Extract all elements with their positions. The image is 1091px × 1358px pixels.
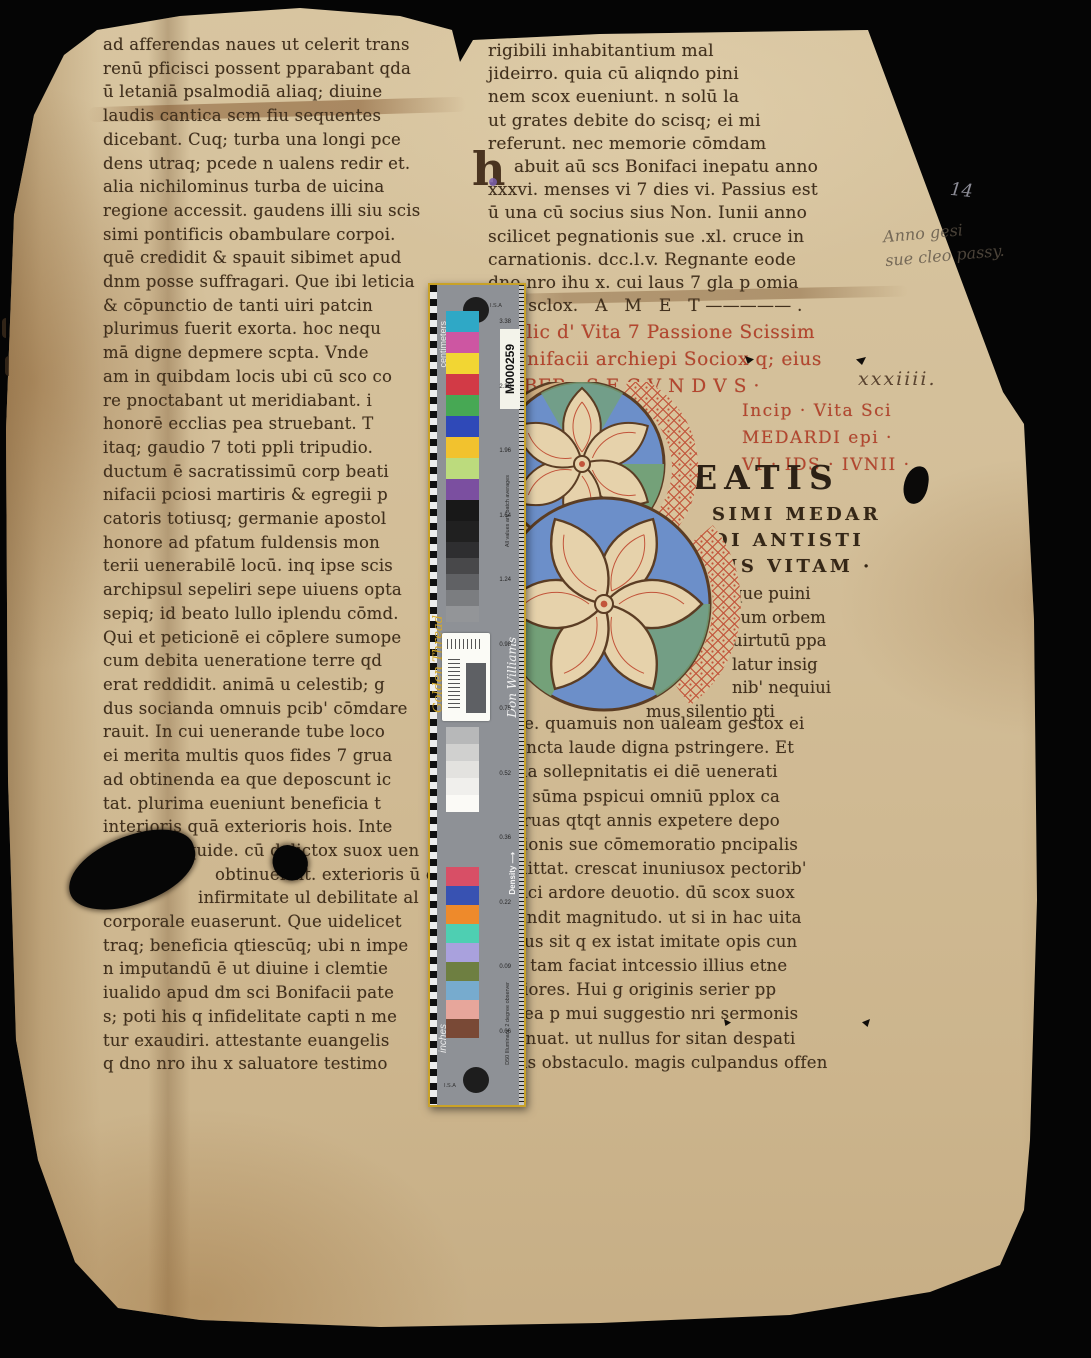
text-line: latur insig xyxy=(732,653,922,677)
text-line: sum orbem xyxy=(732,606,922,630)
color-patch xyxy=(446,778,479,795)
text-line: traq; beneficia qtiescūq; ubi n impe xyxy=(103,934,475,958)
text-line: renū pficisci possent pparabant qda xyxy=(103,57,475,81)
facing-page-fragment xyxy=(5,356,18,376)
text-line: 0.22 xyxy=(499,900,511,906)
color-patch xyxy=(446,1019,479,1038)
right-text-column-top: rigibili inhabitantium maljideirro. quia… xyxy=(488,40,918,318)
text-line: q dno nro ihu x saluatore testimo xyxy=(103,1052,475,1076)
color-patch xyxy=(446,905,479,924)
initial-h: h xyxy=(472,146,505,192)
text-line: cuncta laude digna pstringere. Et xyxy=(506,736,926,760)
text-line: carnationis. dcc.l.v. Regnante eode xyxy=(488,249,918,272)
text-line: que puini xyxy=(732,582,922,606)
text-line: honore ad pfatum fuldensis mon xyxy=(103,531,475,555)
text-line: referunt. nec memorie cōmdam xyxy=(488,133,918,156)
color-patch xyxy=(446,542,479,558)
color-patch xyxy=(446,1000,479,1019)
text-line: ū letaniā psalmodiā aliaq; diuine xyxy=(103,80,475,104)
text-line: quē credidit & spauit sibimet apud xyxy=(103,246,475,270)
color-patch xyxy=(446,437,479,458)
text-line: ei merita multis quos fides 7 grua xyxy=(103,744,475,768)
color-patch xyxy=(446,521,479,542)
text-line: ū una cū socius sius Non. Iunii anno xyxy=(488,202,918,225)
color-patch xyxy=(446,924,479,943)
color-patch xyxy=(446,795,479,812)
text-line: 3.38 xyxy=(499,319,511,325)
color-patch xyxy=(446,761,479,778)
text-line: 0.52 xyxy=(499,771,511,777)
text-line: 2.38 xyxy=(499,384,511,390)
quire-numeral: xxxiiii. xyxy=(858,368,937,390)
color-patch xyxy=(446,374,479,395)
text-line: terii uenerabilē locū. inq ipse scis xyxy=(103,554,475,578)
text-line: ductum ē sacratissimū corp beati xyxy=(103,460,475,484)
text-line: arus sit q ex istat imitate opis cun xyxy=(506,930,926,954)
text-line: 1.24 xyxy=(499,577,511,583)
text-line: 0.98 xyxy=(499,642,511,648)
color-patch xyxy=(446,458,479,479)
color-patch xyxy=(446,416,479,437)
text-line: ad obtinenda ea que deposcunt ic xyxy=(103,768,475,792)
text-line: corporale euaserunt. Que uidelicet xyxy=(103,910,475,934)
text-line: scilicet pegnationis sue .xl. cruce in xyxy=(488,226,918,249)
text-line: os tam faciat intcessio illius etne xyxy=(506,954,926,978)
color-patch xyxy=(446,311,479,332)
text-line: sepiq; id beato lullo iplendu cōmd. xyxy=(103,602,475,626)
text-line: s; poti his q infidelitate capti n me xyxy=(103,1005,475,1029)
text-line: tur exaudiri. attestante euangelis xyxy=(103,1029,475,1053)
text-line: Incip · Vita Sci xyxy=(742,398,932,425)
text-line: laudis cantica scm fiu sequentes xyxy=(103,104,475,128)
text-line: isinuat. ut nullus for sitan despati xyxy=(506,1027,926,1051)
isa-mark-top: I.S.A xyxy=(490,303,502,309)
text-line: cum debita ueneratione terre qd xyxy=(103,649,475,673)
text-line: ad afferendas naues ut celerit trans xyxy=(103,33,475,57)
color-patch xyxy=(446,590,479,606)
text-line: catoris totiusq; germanie apostol xyxy=(103,507,475,531)
color-patch xyxy=(446,353,479,374)
color-patch xyxy=(446,395,479,416)
purple-dot-ornament xyxy=(489,178,497,186)
text-line: 1.64 xyxy=(499,513,511,519)
left-text-column: ad afferendas naues ut celerit transrenū… xyxy=(103,33,475,1076)
text-line: simi pontificis obambulare corpoi. xyxy=(103,223,475,247)
text-line: dno nro ihu x. cui laus 7 gla p omia xyxy=(488,272,918,295)
text-line: 0.75 xyxy=(499,706,511,712)
text-line: dnm posse suffragari. Que ibi leticia xyxy=(103,270,475,294)
text-line: regione accessit. gaudens illi siu scis xyxy=(103,199,475,223)
text-line: dus socianda omnuis pcib' cōmdare xyxy=(103,697,475,721)
text-line: ne sūma pspicui omniū pplox ca xyxy=(506,785,926,809)
text-line: ofici ardore deuotio. dū scox suox xyxy=(506,881,926,905)
color-patch xyxy=(446,574,479,590)
text-line: abuit aū scs Bonifaci inepatu anno xyxy=(514,156,918,179)
patch-group-light-grays xyxy=(446,727,479,812)
text-line: mā digne depmere scpta. Vnde xyxy=(103,341,475,365)
color-patch xyxy=(446,867,479,886)
text-line: 0.36 xyxy=(499,835,511,841)
color-patch xyxy=(446,500,479,521)
pencil-folio-number: 14 xyxy=(949,179,974,202)
text-line: MEDARDI epi · xyxy=(742,425,932,452)
text-line: jideirro. quia cū aliqndo pini xyxy=(488,63,918,86)
isa-mark-bottom: I.S.A xyxy=(444,1083,456,1089)
color-patch xyxy=(446,943,479,962)
text-line: rauit. In cui uenerande tube loco xyxy=(103,720,475,744)
text-line: nuittat. crescat inuniusox pectorib' xyxy=(506,857,926,881)
text-line: dens utraq; pcede n ualens redir et. xyxy=(103,152,475,176)
color-patch xyxy=(446,962,479,981)
color-patch xyxy=(446,981,479,1000)
text-line: alia nichilominus turba de uicina xyxy=(103,175,475,199)
text-line: archipsul sepeliri sepe uiuens opta xyxy=(103,578,475,602)
text-line: uirtutū ppa xyxy=(732,629,922,653)
registration-circle-bottom xyxy=(463,1067,489,1093)
color-patch xyxy=(446,479,479,500)
marginal-cursive-note: Anno gesi sue cleo passy. xyxy=(882,215,1005,273)
text-line: scla sclox. A M E T ————— . xyxy=(488,295,918,318)
color-patch xyxy=(446,558,479,574)
text-line: nib' nequiui xyxy=(732,676,922,700)
color-patch xyxy=(446,886,479,905)
patch-group-dark-grays xyxy=(446,542,479,622)
narrow-text-block: que puinisum orbemuirtutū ppalatur insig… xyxy=(732,582,922,723)
text-line: dicebant. Cuq; turba una longi pce xyxy=(103,128,475,152)
text-line: nus obstaculo. magis culpandus offen xyxy=(506,1051,926,1075)
density-scale: 3.382.381.961.641.240.980.750.520.360.22… xyxy=(499,319,511,1035)
calibration-target: I.S.A I.S.A M000259 centimeters inches G… xyxy=(428,283,526,1107)
text-line: honorē ecclias pea struebant. T xyxy=(103,412,475,436)
resolution-pattern xyxy=(448,659,460,711)
patch-group-top xyxy=(446,311,479,542)
text-line: nifacii pciosi martiris & egregii p xyxy=(103,483,475,507)
text-line: 0.06 xyxy=(499,1029,511,1035)
text-line: 1.96 xyxy=(499,448,511,454)
facing-page-fragment xyxy=(2,318,15,338)
color-patch xyxy=(446,332,479,353)
text-line: ut grates debite do scisq; ei mi xyxy=(488,110,918,133)
text-line: 0.09 xyxy=(499,964,511,970)
patch-group-bottom xyxy=(446,867,479,1038)
text-line: otiores. Hui g originis serier pp xyxy=(506,978,926,1002)
text-line: rigibili inhabitantium mal xyxy=(488,40,918,63)
text-line: Qui et peticionē ei cōplere sumope xyxy=(103,626,475,650)
text-line: plurimus fuerit exorta. hoc nequ xyxy=(103,317,475,341)
text-line: nua sollepnitatis ei diē uenerati xyxy=(506,760,926,784)
text-line: xxxvi. menses vi 7 dies vi. Passius est xyxy=(488,179,918,202)
text-line: xplic d' Vita 7 Passione Scissim xyxy=(503,319,923,346)
text-line: pandit magnitudo. ut si in hac uita xyxy=(506,906,926,930)
resolution-gray-square xyxy=(466,663,486,713)
photo-backdrop: ad afferendas naues ut celerit transrenū… xyxy=(0,0,1091,1358)
resolution-pattern xyxy=(447,639,483,649)
resolution-target xyxy=(442,633,490,721)
text-line: iualido apud dm sci Bonifacii pate xyxy=(103,981,475,1005)
text-line: re pnoctabant ut meridiabant. i xyxy=(103,389,475,413)
color-patch xyxy=(446,744,479,761)
text-line: itaq; gaudio 7 toti ppli tripudio. xyxy=(103,436,475,460)
text-line: teruas qtqt annis expetere depo xyxy=(506,809,926,833)
color-patch xyxy=(446,606,479,622)
text-line: n imputandū ē ut diuine i clemtie xyxy=(103,957,475,981)
right-text-column-bottom: re. quamuis non ualeam gestox eicuncta l… xyxy=(506,712,926,1075)
text-line: ationis sue cōmemoratio pncipalis xyxy=(506,833,926,857)
text-line: am in quibdam locis ubi cū sco co xyxy=(103,365,475,389)
text-line: nem scox eueniunt. n solū la xyxy=(488,86,918,109)
color-patch xyxy=(446,727,479,744)
text-line: & cōpunctio de tanti uiri patcin xyxy=(103,294,475,318)
text-line: tat. plurima eueniunt beneficia t xyxy=(103,792,475,816)
text-line: erat reddidit. animā u celestib; g xyxy=(103,673,475,697)
